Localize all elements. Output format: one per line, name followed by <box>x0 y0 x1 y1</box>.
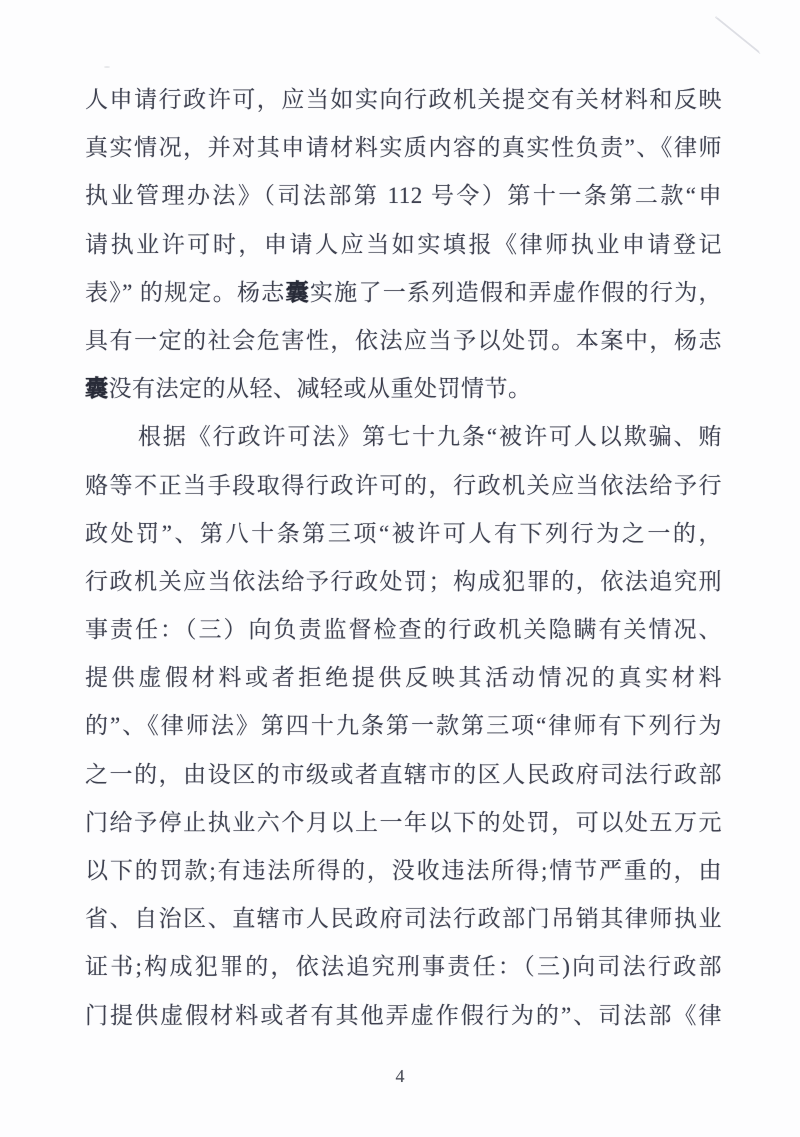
text-segment: 请执业许可时，申请人应当如实填报《律师执业申请登记 <box>85 232 722 257</box>
text-line: 囊没有法定的从轻、减轻或从重处罚情节。 <box>85 365 722 413</box>
text-segment: 事责任：（三）向负责监督检查的行政机关隐瞒有关情况、 <box>85 617 722 642</box>
text-line: 以下的罚款;有违法所得的，没收违法所得;情节严重的，由 <box>85 847 722 895</box>
text-line: 政处罚”、第八十条第三项“被许可人有下列行为之一的， <box>85 510 722 558</box>
text-line: 执业管理办法》（司法部第 112 号令）第十一条第二款“申 <box>85 172 722 220</box>
text-line: 赂等不正当手段取得行政许可的，行政机关应当依法给予行 <box>85 462 722 510</box>
scanned-document-page: 人申请行政许可，应当如实向行政机关提交有关材料和反映真实情况，并对其申请材料实质… <box>0 0 800 1137</box>
text-line: 门提供虚假材料或者有其他弄虚作假行为的”、司法部《律 <box>85 992 722 1040</box>
text-line: 证书;构成犯罪的，依法追究刑事责任：（三)向司法行政部 <box>85 943 722 991</box>
scan-smudge-mark <box>104 66 110 68</box>
text-segment: 门给予停止执业六个月以上一年以下的处罚，可以处五万元 <box>85 810 722 835</box>
text-segment: 省、自治区、直辖市人民政府司法行政部门吊销其律师执业 <box>85 906 722 931</box>
text-segment: 之一的，由设区的市级或者直辖市的区人民政府司法行政部 <box>85 762 722 787</box>
text-line: 根据《行政许可法》第七十九条“被许可人以欺骗、贿 <box>85 413 722 461</box>
text-segment: 门提供虚假材料或者有其他弄虚作假行为的”、司法部《律 <box>85 1003 722 1028</box>
text-line: 提供虚假材料或者拒绝提供反映其活动情况的真实材料 <box>85 654 722 702</box>
emphasized-character: 囊 <box>286 280 310 305</box>
text-segment: 具有一定的社会危害性，依法应当予以处罚。本案中，杨志 <box>85 328 722 353</box>
text-segment: 赂等不正当手段取得行政许可的，行政机关应当依法给予行 <box>85 473 722 498</box>
text-line: 具有一定的社会危害性，依法应当予以处罚。本案中，杨志 <box>85 317 722 365</box>
scan-scratch-mark <box>715 16 761 54</box>
text-segment: 根据《行政许可法》第七十九条“被许可人以欺骗、贿 <box>138 424 722 449</box>
text-segment: 人申请行政许可，应当如实向行政机关提交有关材料和反映 <box>85 87 722 112</box>
text-line: 表》” 的规定。杨志囊实施了一系列造假和弄虚作假的行为， <box>85 269 722 317</box>
text-line: 人申请行政许可，应当如实向行政机关提交有关材料和反映 <box>85 76 722 124</box>
text-segment: 真实情况，并对其申请材料实质内容的真实性负责”、《律师 <box>85 135 722 160</box>
text-line: 行政机关应当依法给予行政处罚；构成犯罪的，依法追究刑 <box>85 558 722 606</box>
text-segment: 表》” 的规定。杨志 <box>85 280 286 305</box>
text-segment: 证书;构成犯罪的，依法追究刑事责任：（三)向司法行政部 <box>85 954 722 979</box>
text-segment: 以下的罚款;有违法所得的，没收违法所得;情节严重的，由 <box>85 858 722 883</box>
text-segment: 提供虚假材料或者拒绝提供反映其活动情况的真实材料 <box>85 665 722 690</box>
page-number: 4 <box>0 1060 800 1092</box>
text-segment: 执业管理办法》（司法部第 112 号令）第十一条第二款“申 <box>85 183 722 208</box>
text-line: 省、自治区、直辖市人民政府司法行政部门吊销其律师执业 <box>85 895 722 943</box>
text-segment: 行政机关应当依法给予行政处罚；构成犯罪的，依法追究刑 <box>85 569 722 594</box>
text-segment: 的”、《律师法》第四十九条第一款第三项“律师有下列行为 <box>85 713 722 738</box>
text-line: 事责任：（三）向负责监督检查的行政机关隐瞒有关情况、 <box>85 606 722 654</box>
text-line: 的”、《律师法》第四十九条第一款第三项“律师有下列行为 <box>85 702 722 750</box>
text-line: 真实情况，并对其申请材料实质内容的真实性负责”、《律师 <box>85 124 722 172</box>
document-body: 人申请行政许可，应当如实向行政机关提交有关材料和反映真实情况，并对其申请材料实质… <box>85 76 722 1040</box>
text-line: 之一的，由设区的市级或者直辖市的区人民政府司法行政部 <box>85 751 722 799</box>
text-segment: 没有法定的从轻、减轻或从重处罚情节。 <box>109 376 532 401</box>
text-segment: 实施了一系列造假和弄虚作假的行为， <box>310 280 722 305</box>
text-segment: 政处罚”、第八十条第三项“被许可人有下列行为之一的， <box>85 521 722 546</box>
emphasized-character: 囊 <box>85 376 109 401</box>
text-line: 请执业许可时，申请人应当如实填报《律师执业申请登记 <box>85 221 722 269</box>
text-line: 门给予停止执业六个月以上一年以下的处罚，可以处五万元 <box>85 799 722 847</box>
